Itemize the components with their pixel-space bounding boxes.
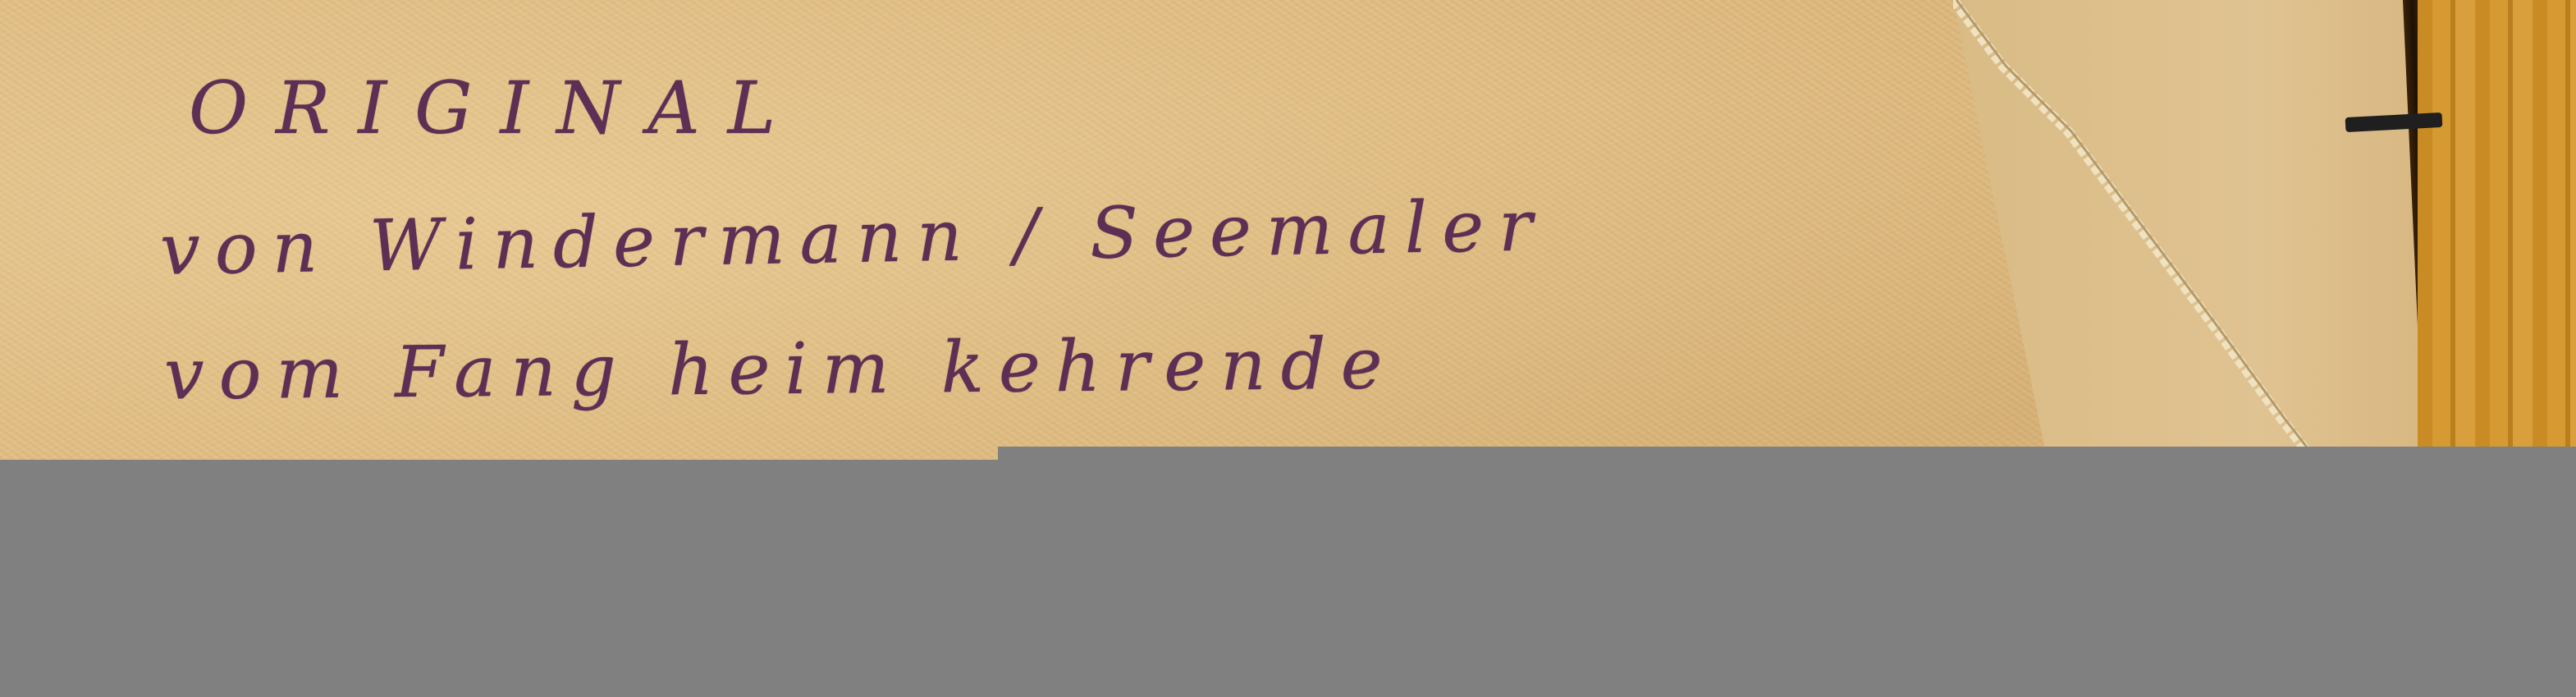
inscription-line-title: vom Fang heim kehrende (164, 323, 1398, 415)
redaction-block-right (998, 447, 2576, 697)
twine-string (1953, 0, 2380, 493)
inscription-line-original: ORIGINAL (189, 66, 803, 150)
inscription-line-artist: von Windermann / Seemaler (159, 185, 1548, 291)
